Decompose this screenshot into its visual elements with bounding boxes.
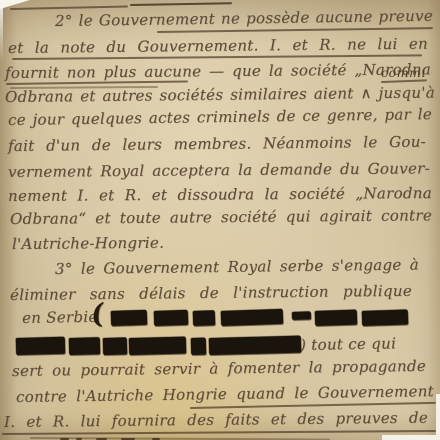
manuscript-line-9: Odbrana“ et toute autre société qui agir… — [10, 205, 432, 231]
redaction-bar — [69, 337, 100, 355]
manuscript-line-11: 3° le Gouvernement Royal serbe s'engage … — [55, 255, 419, 281]
redaction-bar — [154, 310, 189, 326]
manuscript-line-7: vernement Royal acceptera la demande du … — [8, 158, 430, 184]
manuscript-line-12: éliminer sans délais de l'instruction pu… — [10, 281, 412, 307]
redaction-bar — [103, 337, 127, 355]
manuscript-line-15: sert ou pourrait servir à fomenter la pr… — [12, 356, 426, 383]
redaction-bar — [315, 310, 357, 326]
ink-stroke — [10, 6, 128, 10]
scan-edge-left — [0, 0, 3, 62]
manuscript-line-13: en Serbie — [22, 307, 98, 330]
scan-edge-right — [436, 394, 440, 440]
redaction-bar — [209, 336, 301, 355]
redaction-bar — [221, 309, 283, 326]
manuscript-page: 2° le Gouvernement ne possède aucune pre… — [0, 0, 440, 440]
redaction-bar — [111, 310, 148, 326]
manuscript-line-8: nement I. et R. et dissoudra la société … — [8, 183, 432, 208]
redaction-bar — [193, 310, 216, 326]
manuscript-line-10: l'Autriche-Hongrie. — [12, 233, 164, 256]
redaction-bar — [16, 337, 65, 355]
manuscript-line-5: ce jour quelques actes criminels de ce g… — [8, 104, 432, 132]
redaction-bar — [191, 338, 206, 355]
redaction-bar — [129, 337, 186, 355]
inserted-word-commi: commi — [381, 65, 426, 80]
manuscript-line-14: ) tout ce qui — [300, 333, 397, 357]
redaction-bar — [292, 311, 311, 320]
redaction-bar — [362, 309, 408, 326]
manuscript-line-16: contre l'Autriche Hongrie quand le Gouve… — [16, 381, 434, 409]
ink-stroke — [130, 2, 232, 6]
manuscript-line-6: fait d'un de leurs membres. Néanmoins le… — [8, 132, 426, 158]
scan-edge-bottom — [382, 435, 440, 440]
